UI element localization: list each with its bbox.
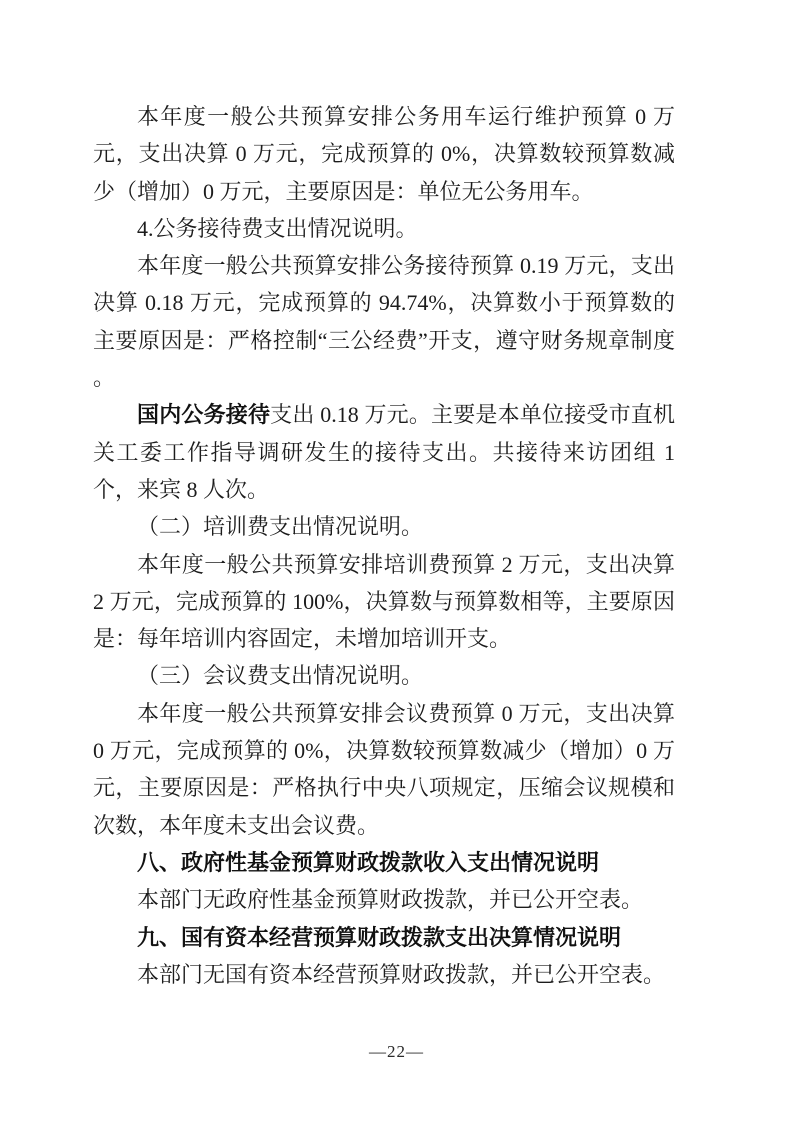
page-number: —22— — [0, 1042, 793, 1062]
paragraph: 国内公务接待支出 0.18 万元。主要是本单位接受市直机关工委工作指导调研发生的… — [93, 396, 675, 508]
text-run: （二）培训费支出情况说明。 — [137, 514, 423, 539]
paragraph: （二）培训费支出情况说明。 — [93, 508, 675, 545]
section-heading: 八、政府性基金预算财政拨款收入支出情况说明 — [93, 844, 675, 881]
paragraph: 本年度一般公共预算安排培训费预算 2 万元，支出决算 2 万元，完成预算的 10… — [93, 546, 675, 658]
text-run: 本年度一般公共预算安排公务用车运行维护预算 0 万元，支出决算 0 万元，完成预… — [93, 104, 675, 204]
paragraph: 4.公务接待费支出情况说明。 — [93, 210, 675, 247]
text-run: 本部门无国有资本经营预算财政拨款，并已公开空表。 — [137, 962, 665, 987]
paragraph: 本部门无政府性基金预算财政拨款，并已公开空表。 — [93, 881, 675, 918]
document-page: 本年度一般公共预算安排公务用车运行维护预算 0 万元，支出决算 0 万元，完成预… — [0, 0, 793, 1122]
bold-text-run: 九、国有资本经营预算财政拨款支出决算情况说明 — [137, 925, 621, 950]
document-body: 本年度一般公共预算安排公务用车运行维护预算 0 万元，支出决算 0 万元，完成预… — [93, 98, 675, 993]
text-run: 4.公务接待费支出情况说明。 — [137, 216, 418, 241]
paragraph: 本年度一般公共预算安排公务接待预算 0.19 万元，支出决算 0.18 万元，完… — [93, 247, 675, 396]
text-run: 本年度一般公共预算安排培训费预算 2 万元，支出决算 2 万元，完成预算的 10… — [93, 552, 675, 652]
text-run: 本部门无政府性基金预算财政拨款，并已公开空表。 — [137, 887, 643, 912]
paragraph: 本年度一般公共预算安排会议费预算 0 万元，支出决算 0 万元，完成预算的 0%… — [93, 695, 675, 844]
section-heading: 九、国有资本经营预算财政拨款支出决算情况说明 — [93, 919, 675, 956]
bold-text-run: 国内公务接待 — [137, 402, 270, 427]
paragraph: 本部门无国有资本经营预算财政拨款，并已公开空表。 — [93, 956, 675, 993]
text-run: 本年度一般公共预算安排会议费预算 0 万元，支出决算 0 万元，完成预算的 0%… — [93, 701, 675, 838]
text-run: 本年度一般公共预算安排公务接待预算 0.19 万元，支出决算 0.18 万元，完… — [93, 253, 675, 390]
text-run: （三）会议费支出情况说明。 — [137, 663, 423, 688]
paragraph: （三）会议费支出情况说明。 — [93, 657, 675, 694]
paragraph: 本年度一般公共预算安排公务用车运行维护预算 0 万元，支出决算 0 万元，完成预… — [93, 98, 675, 210]
bold-text-run: 八、政府性基金预算财政拨款收入支出情况说明 — [137, 850, 599, 875]
